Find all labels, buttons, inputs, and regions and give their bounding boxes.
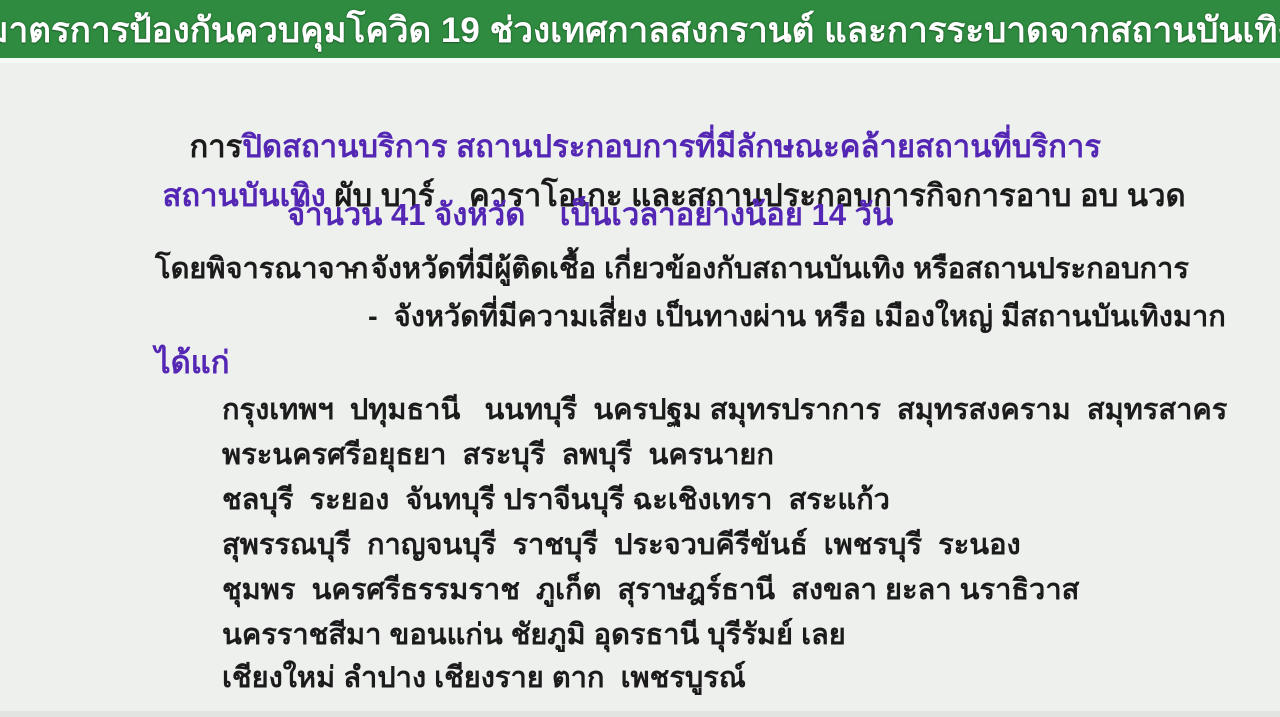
criterion-bullet-2: - จังหวัดที่มีความเสี่ยง เป็นทางผ่าน หรื… [368,303,1226,332]
header-bar: มาตรการป้องกันควบคุมโควิด 19 ช่วงเทศกาลส… [0,0,1280,63]
slide: มาตรการป้องกันควบคุมโควิด 19 ช่วงเทศกาลส… [0,0,1280,717]
province-line-central: กรุงเทพฯ ปทุมธานี นนทบุรี นครปฐม สมุทรปร… [222,396,1227,425]
page-title: มาตรการป้องกันควบคุมโควิด 19 ช่วงเทศกาลส… [0,11,1280,48]
province-line-ayutthaya-group: พระนครศรีอยุธยา สระบุรี ลพบุรี นครนายก [222,441,774,470]
considered-label: โดยพิจารณาจาก [155,255,368,284]
duration-line: จำนวน 41 จังหวัด เป็นเวลาอย่างน้อย 14 วั… [287,199,893,230]
bottom-edge-strip [0,711,1280,717]
namely-label: ได้แก่ [155,347,229,378]
province-line-northern: เชียงใหม่ ลำปาง เชียงราย ตาก เพชรบูรณ์ [222,664,746,693]
criterion-bullet-1: - จังหวัดที่มีผู้ติดเชื้อ เกี่ยวข้องกับส… [345,255,1189,284]
province-line-eastern: ชลบุรี ระยอง จันทบุรี ปราจีนบุรี ฉะเชิงเ… [222,486,890,515]
province-line-western: สุพรรณบุรี กาญจนบุรี ราชบุรี ประจวบคีรีข… [222,531,1021,560]
province-line-northeastern: นครราชสีมา ขอนแก่น ชัยภูมิ อุดรธานี บุรี… [222,621,846,650]
province-line-southern: ชุมพร นครศรีธรรมราช ภูเก็ต สุราษฎร์ธานี … [222,576,1079,605]
